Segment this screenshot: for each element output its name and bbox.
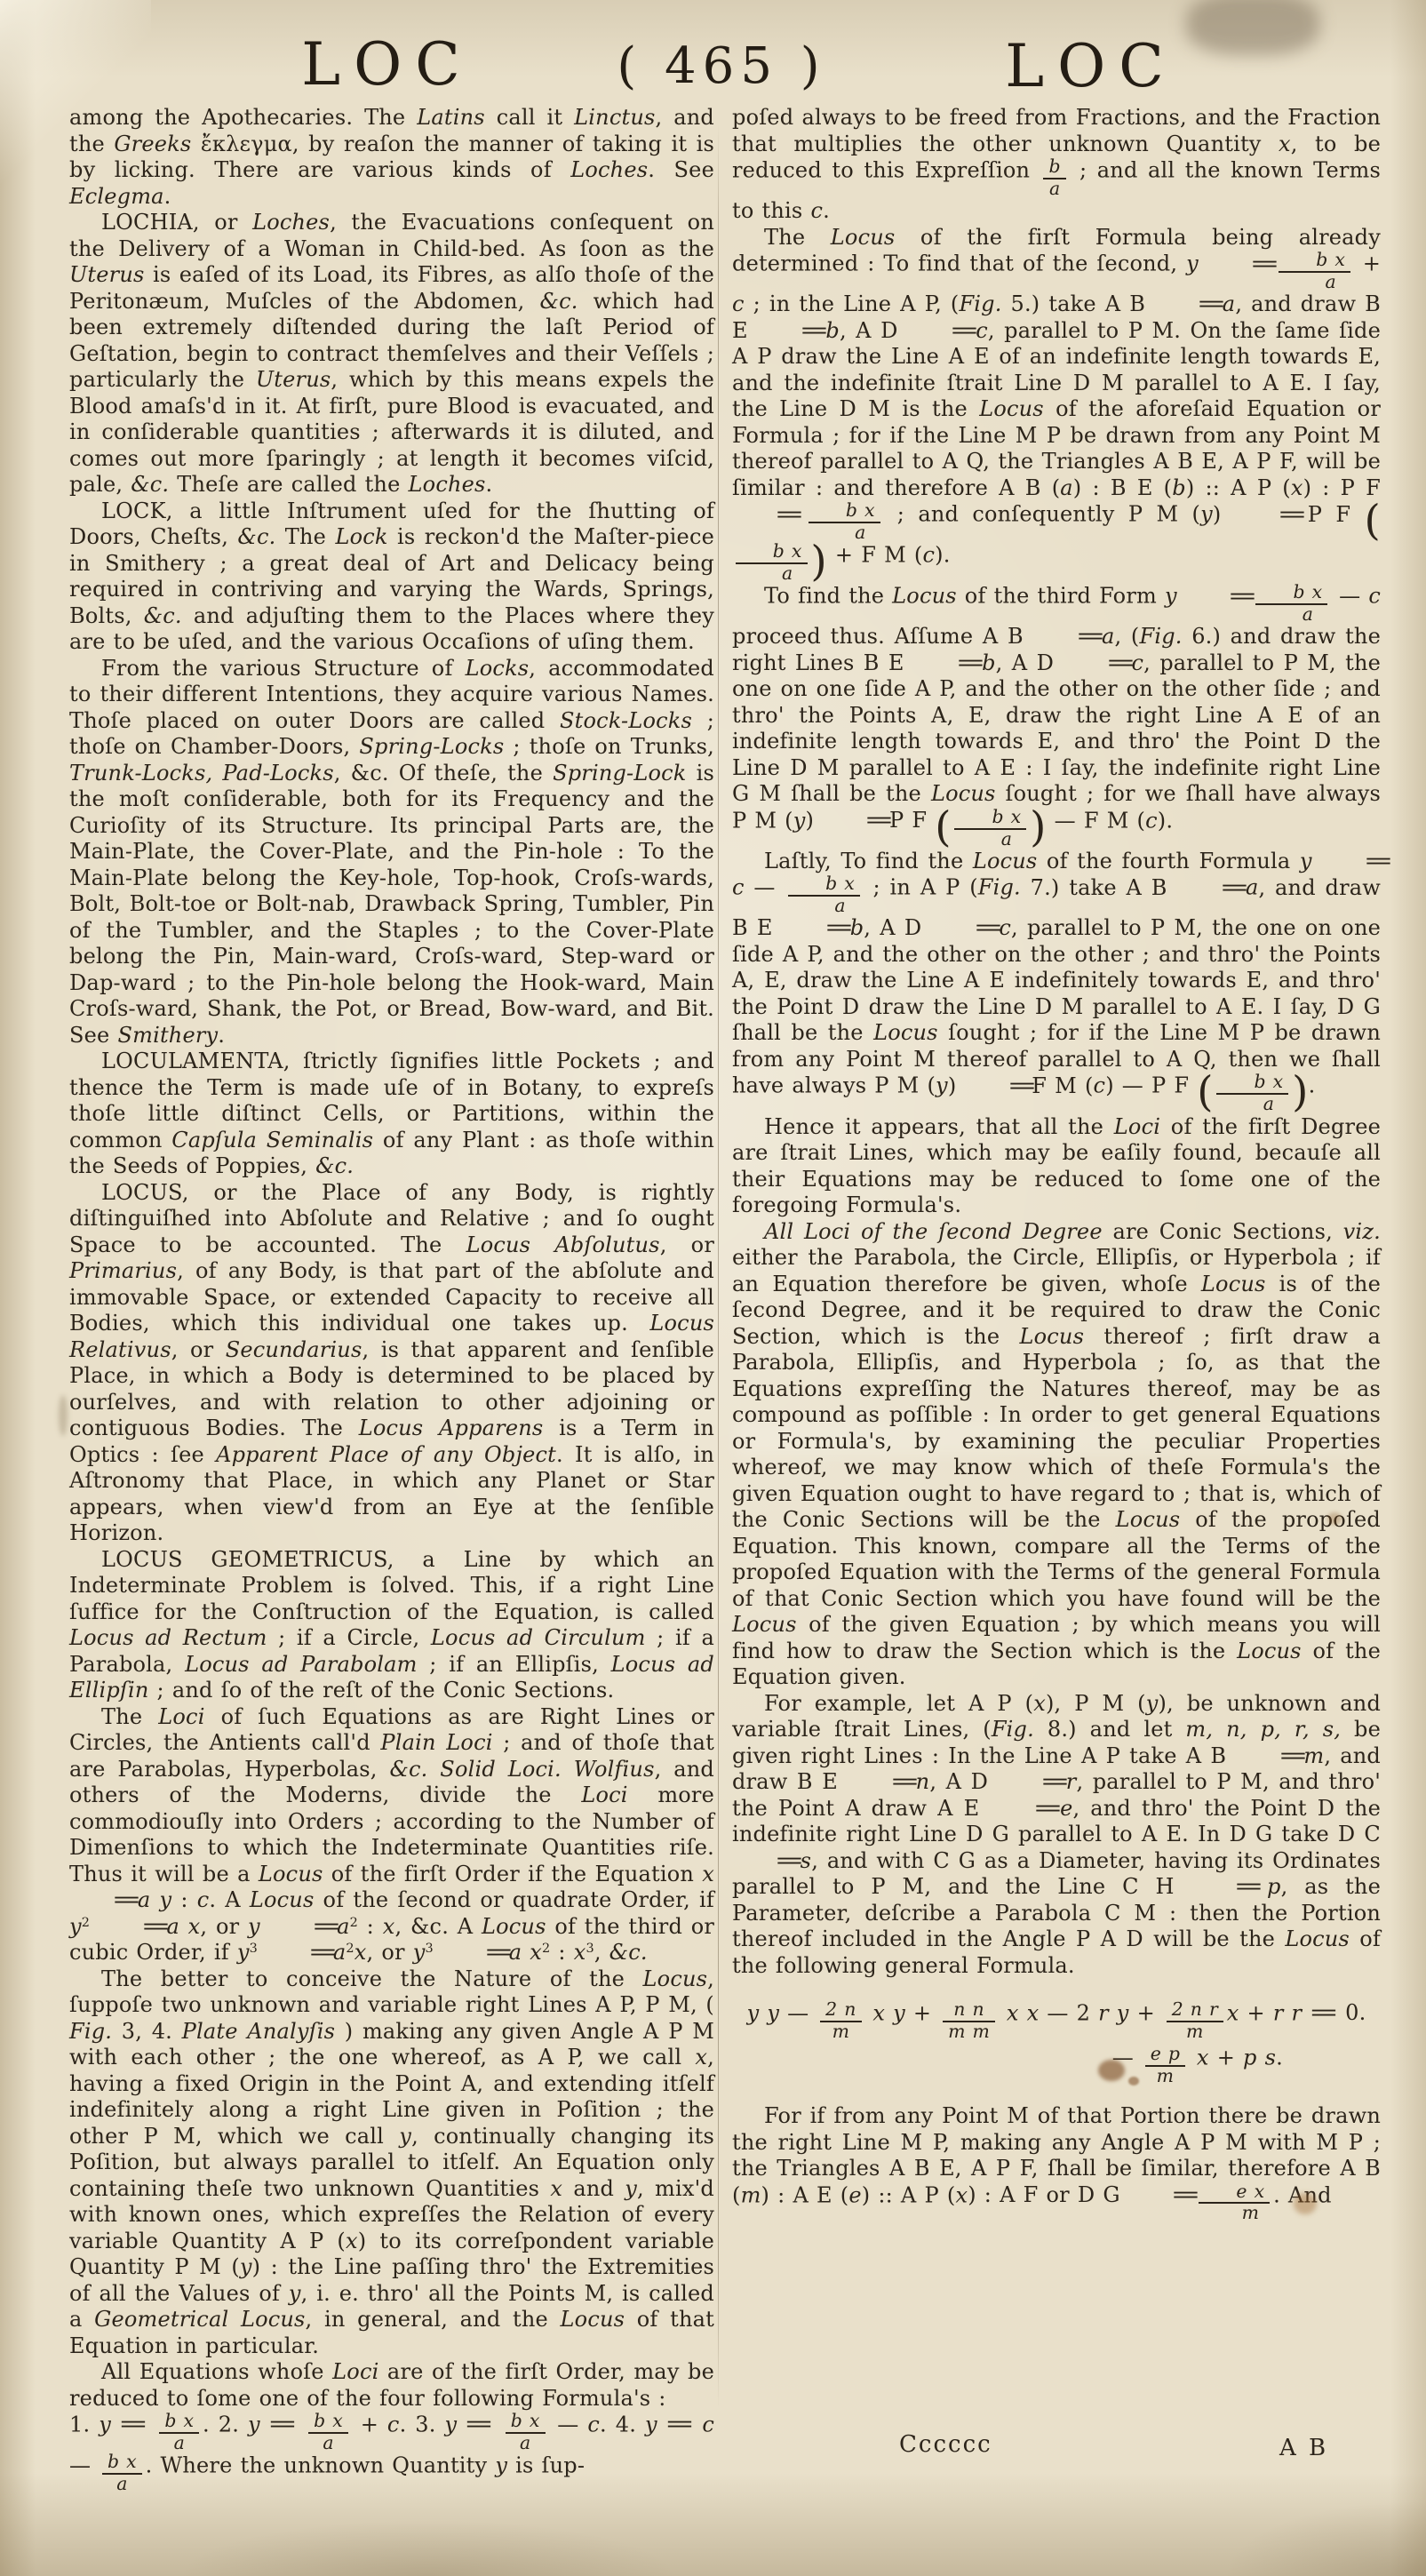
text-run: Fig. (1139, 624, 1182, 649)
text-run: = (457, 2412, 502, 2436)
text-run: Locus (979, 396, 1044, 421)
text-run: The (275, 524, 335, 549)
fraction: b xa (102, 2452, 142, 2493)
text-run: r r (1273, 2000, 1302, 2025)
text-run: = (1177, 584, 1253, 609)
fraction: b xa (788, 874, 860, 915)
text-run: Locus (482, 1914, 546, 1939)
text-run: y (495, 2453, 507, 2478)
text-run (562, 1757, 574, 1782)
text-run: , in general, and the (306, 2307, 561, 2332)
text-run: . (1309, 1073, 1316, 1098)
text-run: Locus (1237, 1639, 1302, 1663)
text-run: c (387, 2412, 400, 2436)
text-run: of the ſecond or quadrate Order, if (314, 1887, 714, 1912)
paragraph: LOCHIA, or Loches, the Evacuations conſe… (69, 210, 714, 498)
text-run: LOCUS GEOMETRICUS, a Line by which an In… (69, 1547, 714, 1624)
text-run: c (702, 2412, 714, 2436)
text-run: , or (660, 1232, 714, 1257)
paragraph: For if from any Point M of that Portion … (732, 2103, 1381, 2223)
text-run: Locus ad Circulum (431, 1625, 646, 1650)
text-run: = (90, 1914, 166, 1939)
text-run: x (1227, 2000, 1239, 2025)
text-run: Locus (643, 1966, 708, 1991)
text-run: y (413, 1940, 426, 1965)
text-run: 2 (82, 1916, 90, 1930)
text-run: Locus (732, 1612, 797, 1637)
text-run: y y (747, 2000, 780, 2025)
text-run: Laſtly, To find the (764, 849, 973, 873)
fraction: b xa (1216, 1073, 1288, 1113)
text-run: ; and conſequently P M ( (884, 502, 1201, 527)
text-run: Plate Analyſis (182, 2019, 335, 2044)
text-run: Lock (335, 524, 387, 549)
text-run: x (383, 1914, 395, 1939)
text-run: : (358, 1914, 383, 1939)
text-run: Wolfius (574, 1757, 655, 1782)
text-run: 2 (542, 1942, 550, 1956)
text-run: m, n, p, r, s, (1185, 1717, 1341, 1742)
text-run: y (399, 2124, 411, 2149)
text-run: , A D = (864, 915, 999, 940)
text-run: y (645, 2412, 657, 2436)
text-run: Locus (931, 781, 996, 806)
text-run: Locus (1116, 1507, 1181, 1532)
text-run: Loches (570, 157, 648, 182)
text-run: y (248, 2412, 260, 2436)
text-run: The better to conceive the Nature of the (101, 1966, 643, 1991)
text-run: Fig. (959, 291, 1001, 316)
text-run: &c. (609, 1940, 648, 1965)
big-paren: ) (810, 538, 826, 586)
text-run: Locus (1285, 1926, 1350, 1951)
text-run: y (1300, 849, 1312, 873)
text-run: c (732, 875, 745, 900)
text-run: is ſup- (507, 2453, 585, 2478)
paragraph: LOCUS, or the Place of any Body, is righ… (69, 1180, 714, 1547)
text-run: . See (648, 157, 714, 182)
big-paren: ) (1292, 1069, 1308, 1117)
fraction: b xa (1279, 251, 1350, 291)
text-run: . And (1273, 2182, 1332, 2207)
text-run: x (1033, 1691, 1046, 1716)
text-run: y (625, 2176, 637, 2201)
text-run: + F M ( (827, 543, 923, 568)
fraction: 2 n rm (1167, 2000, 1223, 2041)
text-run: and (562, 2176, 625, 2201)
text-run: : (550, 1940, 573, 1965)
signature-mark: Cccccc (899, 2431, 992, 2458)
text-run: + (1239, 2000, 1272, 2025)
text-run: c (732, 291, 745, 316)
text-run: Locus (259, 1862, 323, 1886)
text-run: y (248, 1914, 260, 1939)
text-run: c (1094, 1073, 1106, 1098)
text-run: ) — P F (1105, 1073, 1197, 1098)
text-run: of the third Form (957, 584, 1165, 609)
text-run: . (164, 184, 171, 209)
text-run: &c. (315, 1153, 354, 1178)
text-run: a x (166, 1914, 200, 1939)
text-run: x (346, 2229, 358, 2253)
paragraph: LOCULAMENTA, ſtrictly ſignifies little P… (69, 1049, 714, 1180)
text-run: c (587, 2412, 600, 2436)
text-run: , or (200, 1914, 248, 1939)
text-run: , &c. A (394, 1914, 482, 1939)
text-run: 2 (346, 1942, 354, 1956)
text-run: + (1209, 2046, 1243, 2070)
text-run: ) :: A P ( (1186, 475, 1291, 500)
text-run: x (955, 2182, 968, 2207)
text-run: = (1312, 849, 1381, 873)
text-run: To find the (764, 584, 892, 609)
text-run: Hence it appears, that all the (764, 1114, 1114, 1139)
text-run: x (1279, 132, 1291, 156)
text-run: Stock-Locks (560, 708, 692, 733)
text-run: x (355, 1940, 367, 1965)
text-run: = 0. (1302, 2000, 1366, 2025)
text-run: ) :: A P ( (862, 2182, 956, 2207)
text-run: Loches (252, 210, 330, 235)
text-run: Locus (1020, 1324, 1085, 1349)
text-run: , &c. Of theſe, the (334, 761, 553, 786)
right-column: poſed always to be freed from Fractions,… (732, 105, 1381, 2223)
text-run: = (258, 1940, 333, 1965)
text-run: x x (1007, 2000, 1040, 2025)
text-run: y (1186, 251, 1199, 276)
text-run: &c. (144, 603, 182, 628)
text-run: &c. Solid Loci. (389, 1757, 561, 1782)
text-run: y (99, 2412, 111, 2436)
text-run: y (289, 2281, 301, 2306)
display-formula: — e pm x + p s. (732, 2045, 1381, 2086)
text-run: Fig. (978, 875, 1021, 900)
text-run: + (1129, 2000, 1163, 2025)
text-run: y (237, 1940, 250, 1965)
text-run: Theſe are called the (169, 472, 408, 497)
text-run: y (240, 2254, 252, 2279)
text-run: y (936, 1073, 948, 1098)
text-run: is the moſt conſiderable, both for its F… (69, 761, 714, 1048)
big-paren: ) (1030, 803, 1046, 851)
text-run: &c. (131, 472, 169, 497)
text-run: x (574, 1940, 586, 1965)
text-run: = (69, 1887, 138, 1912)
paragraph: Hence it appears, that all the Loci of t… (732, 1114, 1381, 1219)
text-run: Spring-Locks (359, 734, 504, 759)
text-run: = (434, 1940, 509, 1965)
text-run: Fig. (69, 2019, 112, 2044)
text-run: y (69, 1914, 82, 1939)
text-run: r y (1098, 2000, 1128, 2025)
paragraph: The Loci of ſuch Equations as are Right … (69, 1704, 714, 1966)
text-run: y (1200, 502, 1213, 527)
text-run: y (793, 808, 806, 833)
fraction: b xa (159, 2412, 199, 2452)
text-run: , A D = (840, 318, 976, 343)
text-run: ), P M ( (1046, 1691, 1146, 1716)
text-run: ; thoſe on Trunks, (504, 734, 714, 759)
text-run: Locus Abſolutus (466, 1232, 660, 1257)
text-run (999, 2000, 1007, 2025)
text-run: 3 (250, 1942, 258, 1956)
fraction: n nm m (943, 2000, 995, 2041)
text-run: . (218, 1023, 225, 1048)
text-run: a y (138, 1887, 171, 1912)
fraction: e pm (1145, 2045, 1186, 2086)
fraction: b xa (308, 2412, 348, 2452)
paragraph: The better to conceive the Nature of the… (69, 1966, 714, 2360)
paragraph: 1. y = b xa. 2. y = b xa + c. 3. y = b x… (69, 2412, 714, 2493)
fraction: 2 nm (820, 2000, 862, 2041)
text-run: thereof ; firſt draw a Parabola, Ellipſi… (732, 1324, 1381, 1533)
text-run: x (550, 2176, 562, 2201)
text-run: 7.) take A B = (1021, 875, 1246, 900)
text-run: + (905, 2000, 939, 2025)
text-run: = (1199, 251, 1276, 276)
text-run: c (810, 198, 823, 223)
text-run: , ( (1114, 624, 1139, 649)
text-run: b (1172, 475, 1186, 500)
text-run: Loci (581, 1782, 627, 1807)
text-run: = (260, 1914, 337, 1939)
fraction: ba (1043, 157, 1065, 198)
text-run: c (197, 1887, 210, 1912)
text-run: Uterus (69, 262, 145, 287)
text-run: Locus (892, 584, 957, 609)
text-run: ) : B E ( (1073, 475, 1172, 500)
big-paren: ( (935, 803, 951, 851)
text-run: . 4. (600, 2412, 645, 2436)
text-run: 1. (69, 2412, 99, 2436)
text-run: ; if an Ellipſis, (418, 1652, 611, 1677)
text-run: All Equations whoſe (101, 2359, 332, 2384)
big-paren: ( (1365, 498, 1381, 546)
text-run: + (352, 2412, 387, 2436)
text-run: The (764, 225, 831, 250)
paragraph: To find the Locus of the third Form y = … (732, 583, 1381, 849)
text-run: — (1331, 584, 1368, 609)
text-run: Locus (561, 2307, 625, 2332)
text-run: Capſula Seminalis (171, 1128, 373, 1152)
text-run: Secundarius (226, 1337, 362, 1362)
text-run: — F M ( (1047, 808, 1146, 833)
text-run: Eclegma (69, 184, 164, 209)
page: { "header": { "left_title": "LOC", "page… (0, 0, 1426, 2576)
text-run: ) = F M ( (948, 1073, 1094, 1098)
page-corner-wear (0, 0, 151, 187)
text-run: Apparent Place of any Object (216, 1442, 556, 1467)
text-run: — (1112, 2046, 1142, 2070)
paragraph: For example, let A P (x), P M (y), be un… (732, 1691, 1381, 1980)
text-run: From the various Structure of (101, 656, 466, 681)
text-run: Loci (158, 1704, 204, 1729)
text-run: . (1276, 2046, 1283, 2070)
text-run: Loci (1114, 1114, 1160, 1139)
text-run: , or (171, 1337, 226, 1362)
paragraph: All Loci of the ſecond Degree are Conic … (732, 1219, 1381, 1691)
text-run: — 2 (1039, 2000, 1098, 2025)
text-run: 2 (350, 1916, 358, 1930)
paragraph: LOCUS GEOMETRICUS, a Line by which an In… (69, 1547, 714, 1704)
text-run: are Conic Sections, (1103, 1219, 1343, 1244)
fraction: b xa (954, 808, 1026, 849)
column-rule (718, 124, 719, 2408)
text-run: Loches (409, 472, 486, 497)
text-run: ; in A P ( (864, 875, 978, 900)
text-run: ; and ſo of the reſt of the Conic Sectio… (149, 1678, 615, 1703)
text-run: Spring-Lock (553, 761, 686, 786)
text-run: x y (872, 2000, 905, 2025)
text-run: Locus (250, 1887, 315, 1912)
text-run: Plain Loci (380, 1730, 492, 1755)
text-run (1189, 2046, 1197, 2070)
running-title-right: LOC (1005, 32, 1176, 100)
text-run: x (695, 2045, 707, 2070)
catchword: A B (1279, 2435, 1328, 2461)
text-run: e (848, 2182, 861, 2207)
text-run: = (657, 2412, 703, 2436)
text-run: &c. (540, 289, 578, 314)
text-run: Locus ad Rectum (69, 1625, 267, 1650)
text-run: , A D = (929, 1769, 1065, 1794)
text-run: — (548, 2412, 587, 2436)
paragraph: The Locus of the firſt Formula being alr… (732, 225, 1381, 584)
text-run: 8.) and let (1034, 1717, 1185, 1742)
text-run: = (260, 2412, 306, 2436)
text-run: y (445, 2412, 458, 2436)
text-run: Locus ad Parabolam (185, 1652, 418, 1677)
text-run: Locus (1201, 1272, 1266, 1296)
text-run: ) = P F (806, 808, 936, 833)
paragraph: LOCK, a little Inſtrument uſed for the ſ… (69, 498, 714, 656)
paragraph: poſed always to be freed from Fractions,… (732, 105, 1381, 225)
fraction: e xm (1199, 2182, 1270, 2223)
text-run: ). (1158, 808, 1173, 833)
text-run: x (1291, 475, 1303, 500)
text-run: Fig. (992, 1717, 1034, 1742)
text-run: . (486, 472, 493, 497)
text-run: . Where the unknown Quantity (146, 2453, 496, 2478)
text-run: Locks (466, 656, 530, 681)
text-run: 3 (586, 1942, 594, 1956)
text-run: c (1368, 584, 1381, 609)
text-run: y (1146, 1691, 1159, 1716)
text-run: &c. (237, 524, 275, 549)
text-run: ). (935, 543, 950, 568)
text-run: ; if a Circle, (267, 1625, 431, 1650)
running-title-left: LOC (301, 30, 473, 99)
text-run: Primarius (69, 1258, 177, 1283)
text-run: Locus (831, 225, 896, 250)
page-number: ( 465 ) (617, 37, 825, 95)
text-run: , A D = (996, 650, 1132, 675)
text-run: p s (1243, 2046, 1276, 2070)
text-run: c (1145, 808, 1158, 833)
text-run: x (1197, 2046, 1209, 2070)
text-run: 5.) take A B = (1002, 291, 1223, 316)
text-run: Locus Apparens (359, 1416, 544, 1440)
text-run: 3, 4. (112, 2019, 182, 2044)
text-run: , or (366, 1940, 412, 1965)
text-run: Locus (873, 1020, 938, 1045)
paragraph: All Equations whoſe Loci are of the firſ… (69, 2359, 714, 2412)
text-run: y (1165, 584, 1177, 609)
fraction: b xa (1255, 583, 1327, 624)
text-run: = (111, 2412, 156, 2436)
text-run: a (1060, 475, 1073, 500)
text-run: — (745, 875, 785, 900)
display-formula: y y — 2 nm x y + n nm m x x — 2 r y + 2 … (732, 2000, 1381, 2041)
text-run: Smithery (117, 1023, 218, 1048)
text-run: m (741, 2182, 761, 2207)
text-run: , (594, 1940, 609, 1965)
running-header: LOC ( 465 ) LOC (0, 30, 1426, 110)
text-run: p (1267, 1874, 1281, 1899)
big-paren: ( (1197, 1069, 1213, 1117)
text-run: — (69, 2453, 99, 2478)
paragraph: Laſtly, To find the Locus of the fourth … (732, 849, 1381, 1114)
text-run: Geometrical Locus (94, 2307, 305, 2332)
text-run: 3 (425, 1942, 433, 1956)
text-run: ) : A E ( (761, 2182, 849, 2207)
text-run: — (779, 2000, 817, 2025)
text-run: : (171, 1887, 196, 1912)
text-run: All Loci of the ſecond Degree (764, 1219, 1103, 1244)
fraction: b xa (736, 542, 808, 583)
text-run: Loci (332, 2359, 378, 2384)
left-column: among the Apothecaries. The Latins call … (69, 105, 714, 2493)
text-run: viz. (1343, 1219, 1381, 1244)
text-run: ) = P F (1213, 502, 1365, 527)
text-run: . 3. (400, 2412, 445, 2436)
text-run: x (702, 1862, 714, 1886)
text-run: LOCHIA, or (101, 210, 252, 235)
text-run: The (101, 1704, 158, 1729)
text-run: of the firſt Order if the Equation (323, 1862, 703, 1886)
text-run: . A (209, 1887, 250, 1912)
text-run: of the fourth Formula (1037, 849, 1299, 873)
fraction: b xa (506, 2412, 546, 2452)
fraction: b xa (809, 501, 880, 542)
text-run: . (823, 198, 830, 223)
text-run: Trunk-Locks, Pad-Locks (69, 761, 334, 786)
paragraph: among the Apothecaries. The Latins call … (69, 105, 714, 210)
text-run: For example, let A P ( (764, 1691, 1033, 1716)
text-run: Uterus (256, 367, 331, 392)
text-run: ) : A F or D G = (968, 2182, 1195, 2207)
text-run: Locus (973, 849, 1038, 873)
text-run: . 2. (203, 2412, 248, 2436)
paragraph: From the various Structure of Locks, acc… (69, 656, 714, 1049)
edge-stain (59, 1395, 68, 1436)
text-run: + (1354, 251, 1381, 276)
text-run: proceed thus. Aſſume A B = (732, 624, 1102, 649)
text-run: c (923, 543, 936, 568)
text-run: ; in the Line A P, ( (745, 291, 960, 316)
